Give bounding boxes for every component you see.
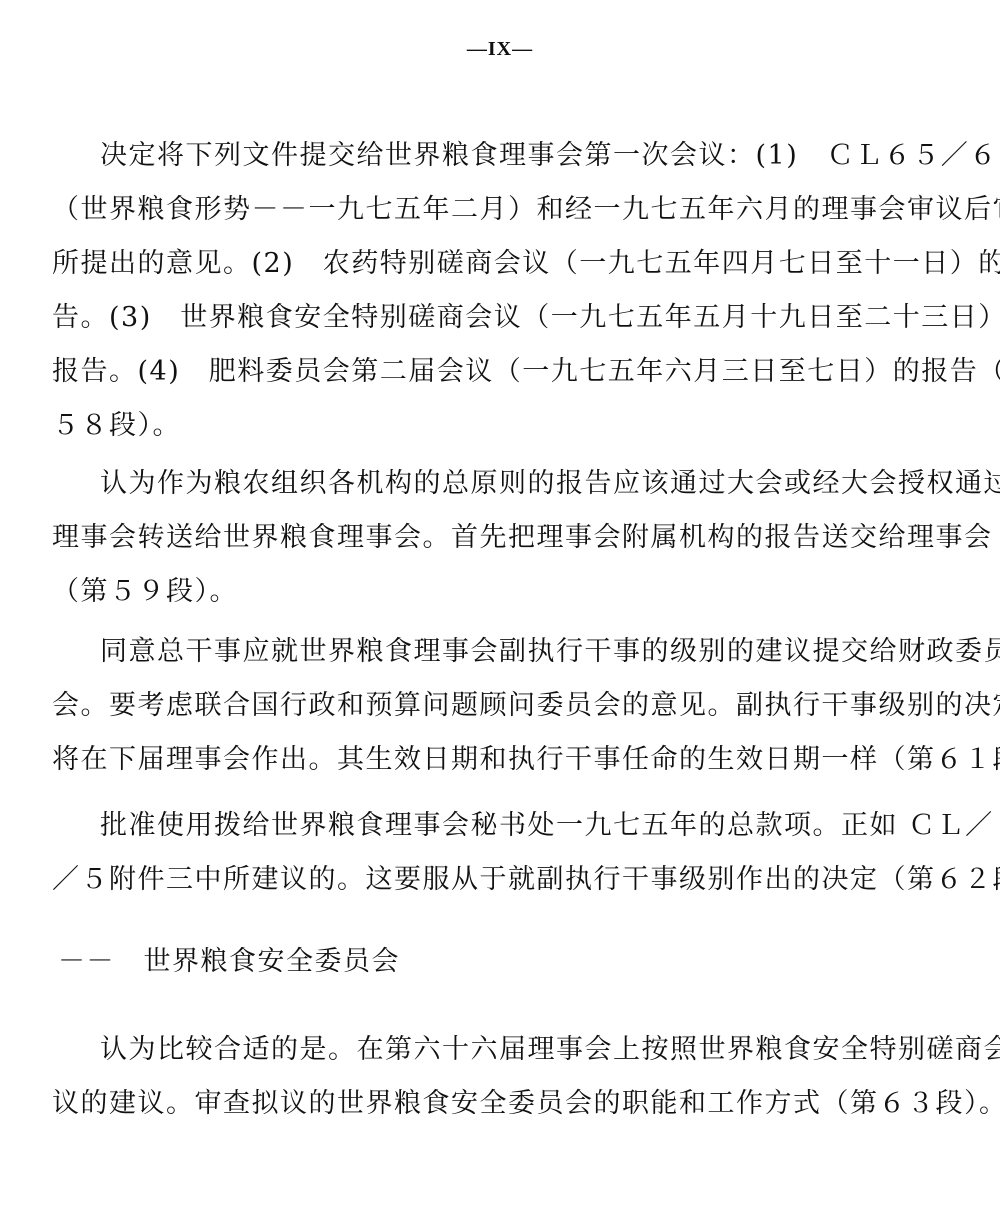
text-line: 报告。(4) 肥料委员会第二届会议（一九七五年六月三日至七日）的报告（第 (52, 352, 942, 392)
text-line: ５８段）。 (52, 406, 942, 446)
text-line: 会。要考虑联合国行政和预算问题顾问委员会的意见。副执行干事级别的决定 (52, 686, 942, 726)
text-line: 理事会转送给世界粮食理事会。首先把理事会附属机构的报告送交给理事会 (52, 518, 942, 558)
text-line: 认为比较合适的是。在第六十六届理事会上按照世界粮食安全特别磋商会 (100, 1030, 942, 1070)
section-heading: －－ 世界粮食安全委员会 (58, 942, 948, 982)
text-line: ／５附件三中所建议的。这要服从于就副执行干事级别作出的决定（第６２段）。 (52, 860, 942, 900)
text-line: 决定将下列文件提交给世界粮食理事会第一次会议：(1) ＣＬ６５／６ (100, 136, 942, 176)
text-line: 所提出的意见。(2) 农药特别磋商会议（一九七五年四月七日至十一日）的报 (52, 244, 942, 284)
text-line: 批准使用拨给世界粮食理事会秘书处一九七五年的总款项。正如 ＣＬ／６５ (100, 806, 942, 846)
text-line: 认为作为粮农组织各机构的总原则的报告应该通过大会或经大会授权通过 (100, 464, 942, 504)
text-line: （第５９段）。 (52, 572, 942, 612)
text-line: 告。(3) 世界粮食安全特别磋商会议（一九七五年五月十九日至二十三日）的 (52, 298, 942, 338)
text-line: 同意总干事应就世界粮食理事会副执行干事的级别的建议提交给财政委员 (100, 632, 942, 672)
page-number: —IX— (0, 38, 1000, 61)
text-line: 议的建议。审查拟议的世界粮食安全委员会的职能和工作方式（第６３段）。 (52, 1084, 942, 1124)
text-line: 将在下届理事会作出。其生效日期和执行干事任命的生效日期一样（第６１段）。 (52, 740, 942, 780)
text-line: （世界粮食形势－－一九七五年二月）和经一九七五年六月的理事会审议后它 (52, 190, 942, 230)
